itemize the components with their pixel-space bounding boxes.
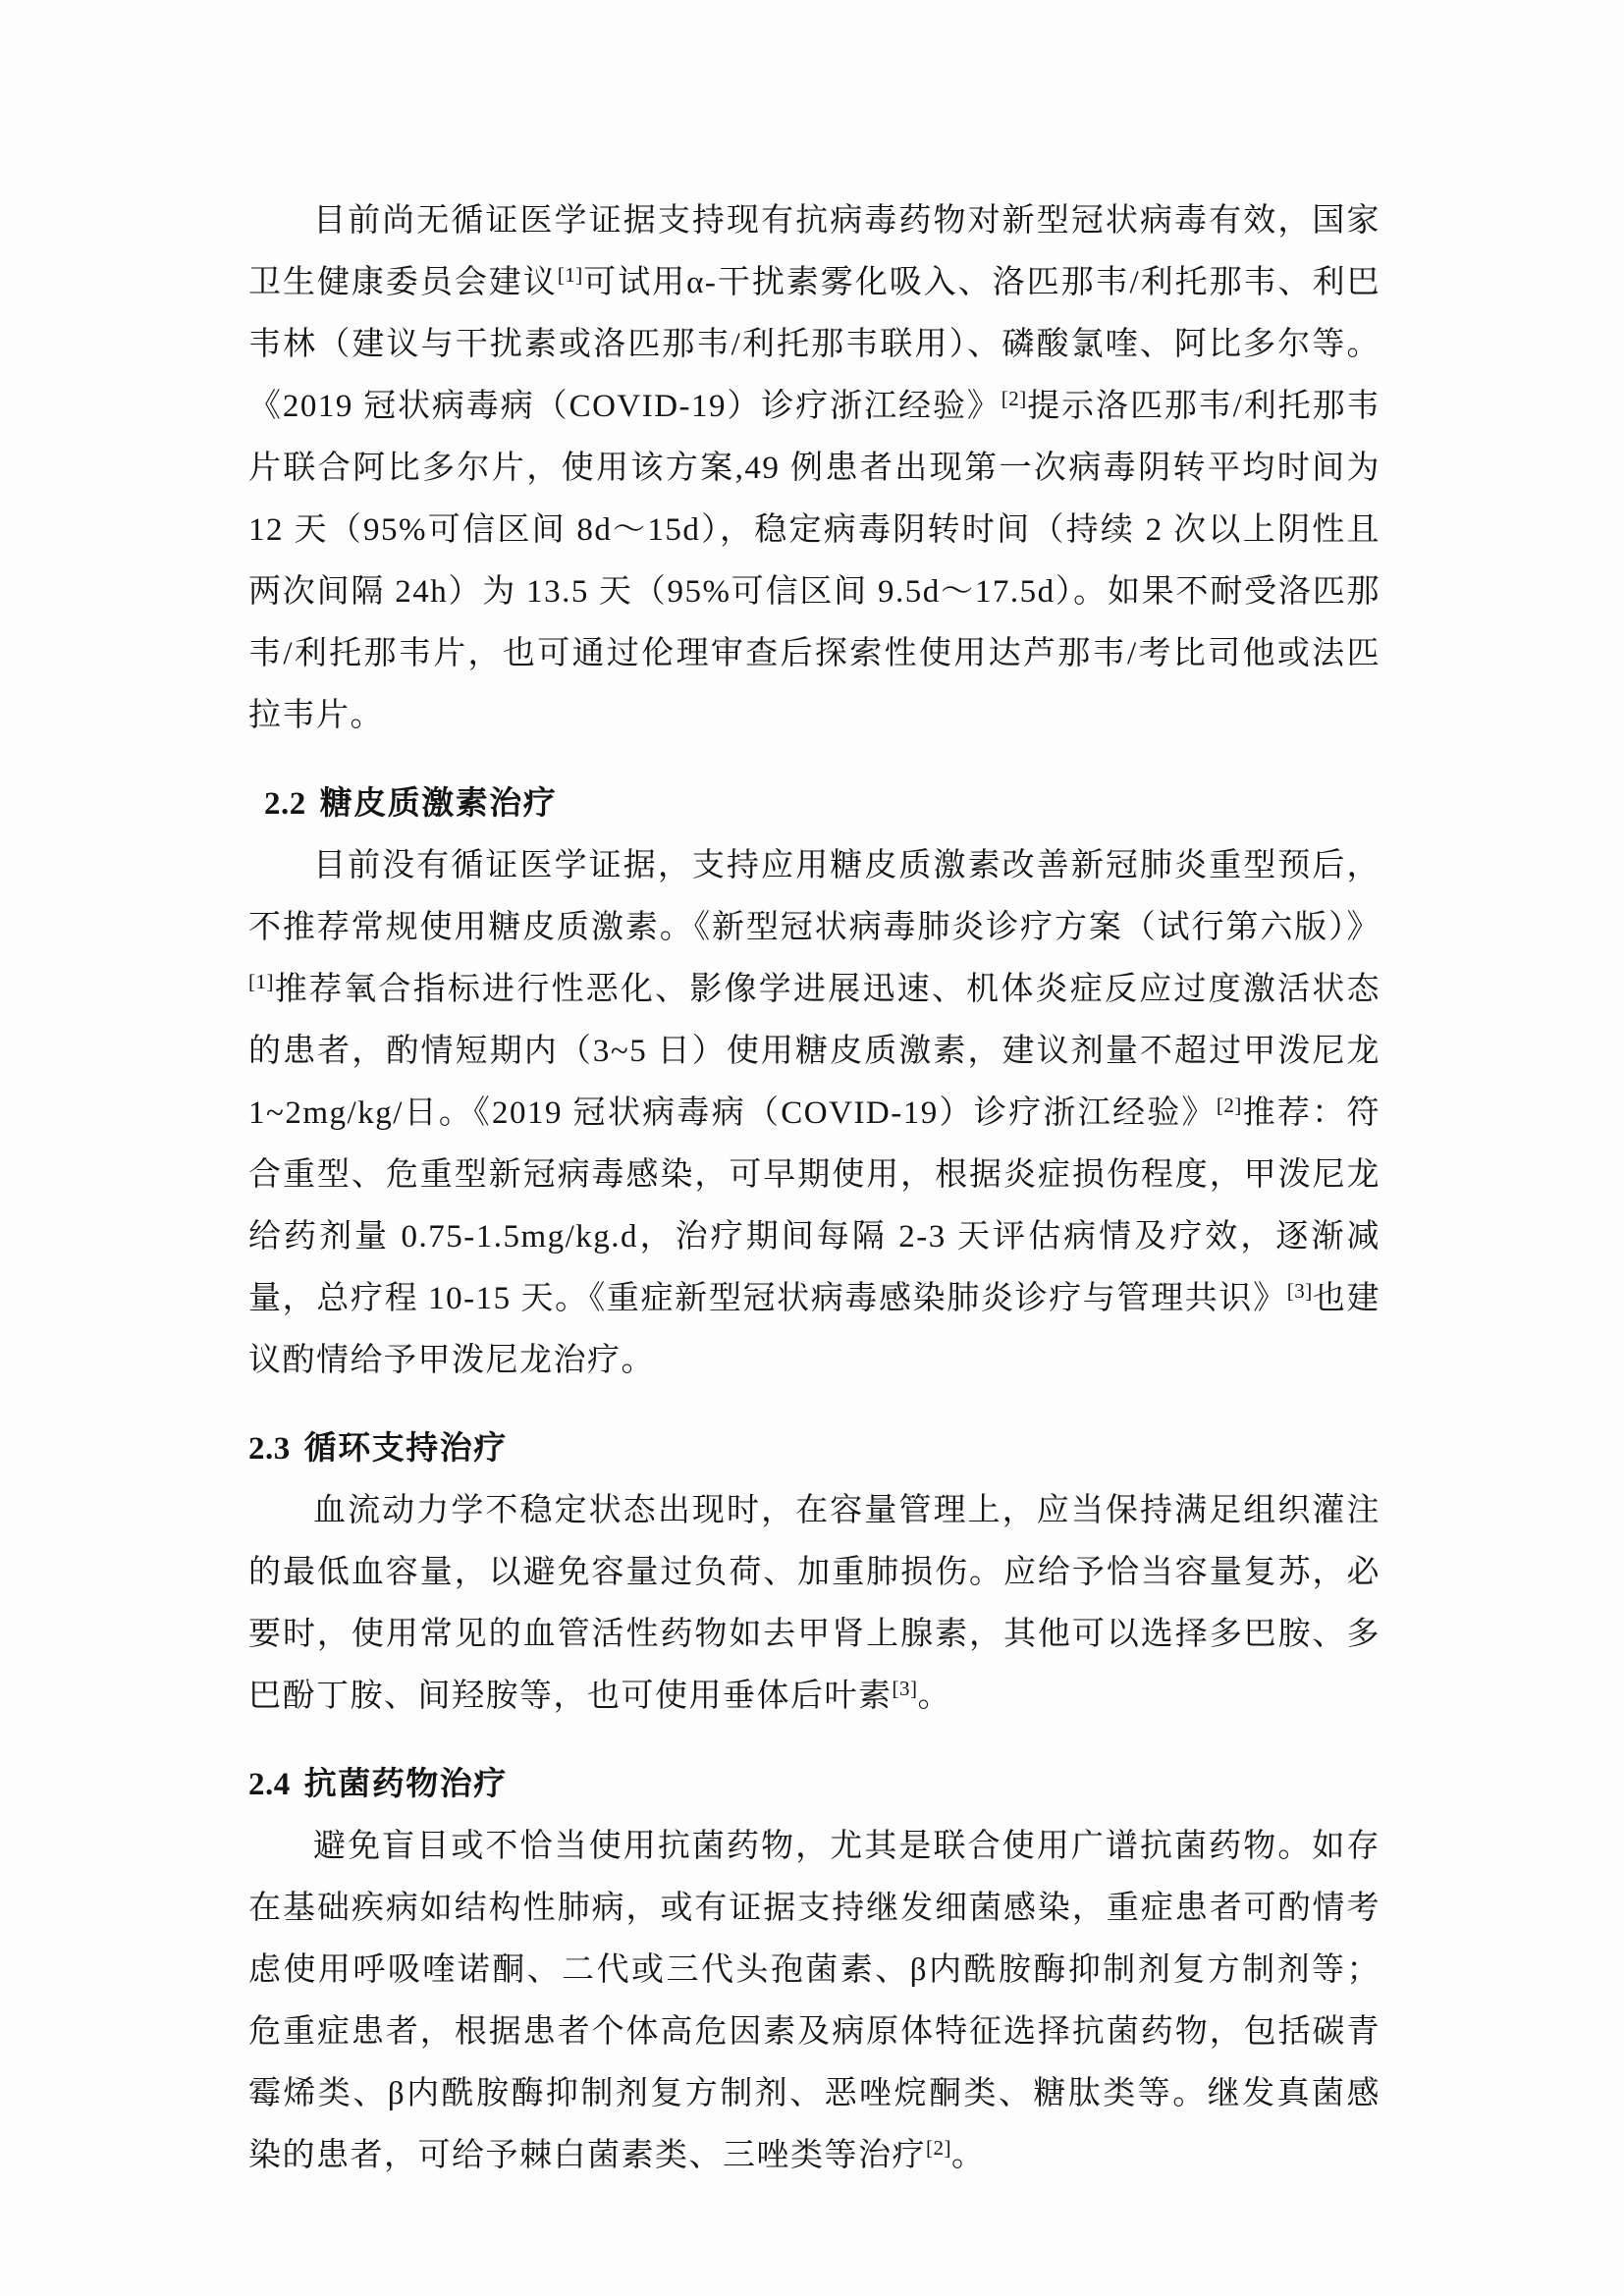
paragraph-text: 避免盲目或不恰当使用抗菌药物，尤其是联合使用广谱抗菌药物。如存在基础疾病如结构性… — [248, 1829, 1380, 2173]
paragraph-text: 。 — [918, 1679, 952, 1714]
section-heading-2.3: 2.3循环支持治疗 — [248, 1418, 1380, 1480]
heading-number: 2.3 — [248, 1431, 291, 1467]
section-heading-2.4: 2.4抗菌药物治疗 — [248, 1754, 1380, 1816]
paragraph: 避免盲目或不恰当使用抗菌药物，尤其是联合使用广谱抗菌药物。如存在基础疾病如结构性… — [248, 1816, 1380, 2187]
heading-number: 2.4 — [248, 1767, 291, 1802]
citation-ref: [2] — [1001, 387, 1027, 410]
paragraph: 血流动力学不稳定状态出现时，在容量管理上，应当保持满足组织灌注的最低血容量，以避… — [248, 1480, 1380, 1728]
heading-title: 循环支持治疗 — [304, 1431, 508, 1467]
paragraph-text: 提示洛匹那韦/利托那韦片联合阿比多尔片，使用该方案,49 例患者出现第一次病毒阴… — [248, 389, 1380, 733]
citation-ref: [1] — [558, 263, 583, 287]
citation-ref: [3] — [893, 1677, 918, 1700]
document-page: 目前尚无循证医学证据支持现有抗病毒药物对新型冠状病毒有效，国家卫生健康委员会建议… — [0, 0, 1624, 2296]
paragraph: 目前没有循证医学证据，支持应用糖皮质激素改善新冠肺炎重型预后，不推荐常规使用糖皮… — [248, 835, 1380, 1392]
citation-ref: [2] — [1217, 1094, 1242, 1117]
document-body: 目前尚无循证医学证据支持现有抗病毒药物对新型冠状病毒有效，国家卫生健康委员会建议… — [248, 190, 1380, 2187]
paragraph-text: 目前没有循证医学证据，支持应用糖皮质激素改善新冠肺炎重型预后，不推荐常规使用糖皮… — [248, 848, 1380, 945]
citation-ref: [2] — [926, 2136, 951, 2160]
citation-ref: [1] — [248, 970, 274, 993]
section-heading-2.2: 2.2糖皮质激素治疗 — [264, 774, 1380, 835]
paragraph-text: 血流动力学不稳定状态出现时，在容量管理上，应当保持满足组织灌注的最低血容量，以避… — [248, 1493, 1380, 1714]
citation-ref: [3] — [1287, 1279, 1313, 1303]
paragraph: 目前尚无循证医学证据支持现有抗病毒药物对新型冠状病毒有效，国家卫生健康委员会建议… — [248, 190, 1380, 747]
paragraph-text: 推荐氧合指标进行性恶化、影像学进展迅速、机体炎症反应过度激活状态的患者，酌情短期… — [248, 972, 1380, 1131]
heading-number: 2.2 — [264, 786, 306, 822]
paragraph-text: 。 — [951, 2138, 986, 2173]
heading-title: 抗菌药物治疗 — [304, 1767, 508, 1802]
heading-title: 糖皮质激素治疗 — [320, 786, 558, 822]
